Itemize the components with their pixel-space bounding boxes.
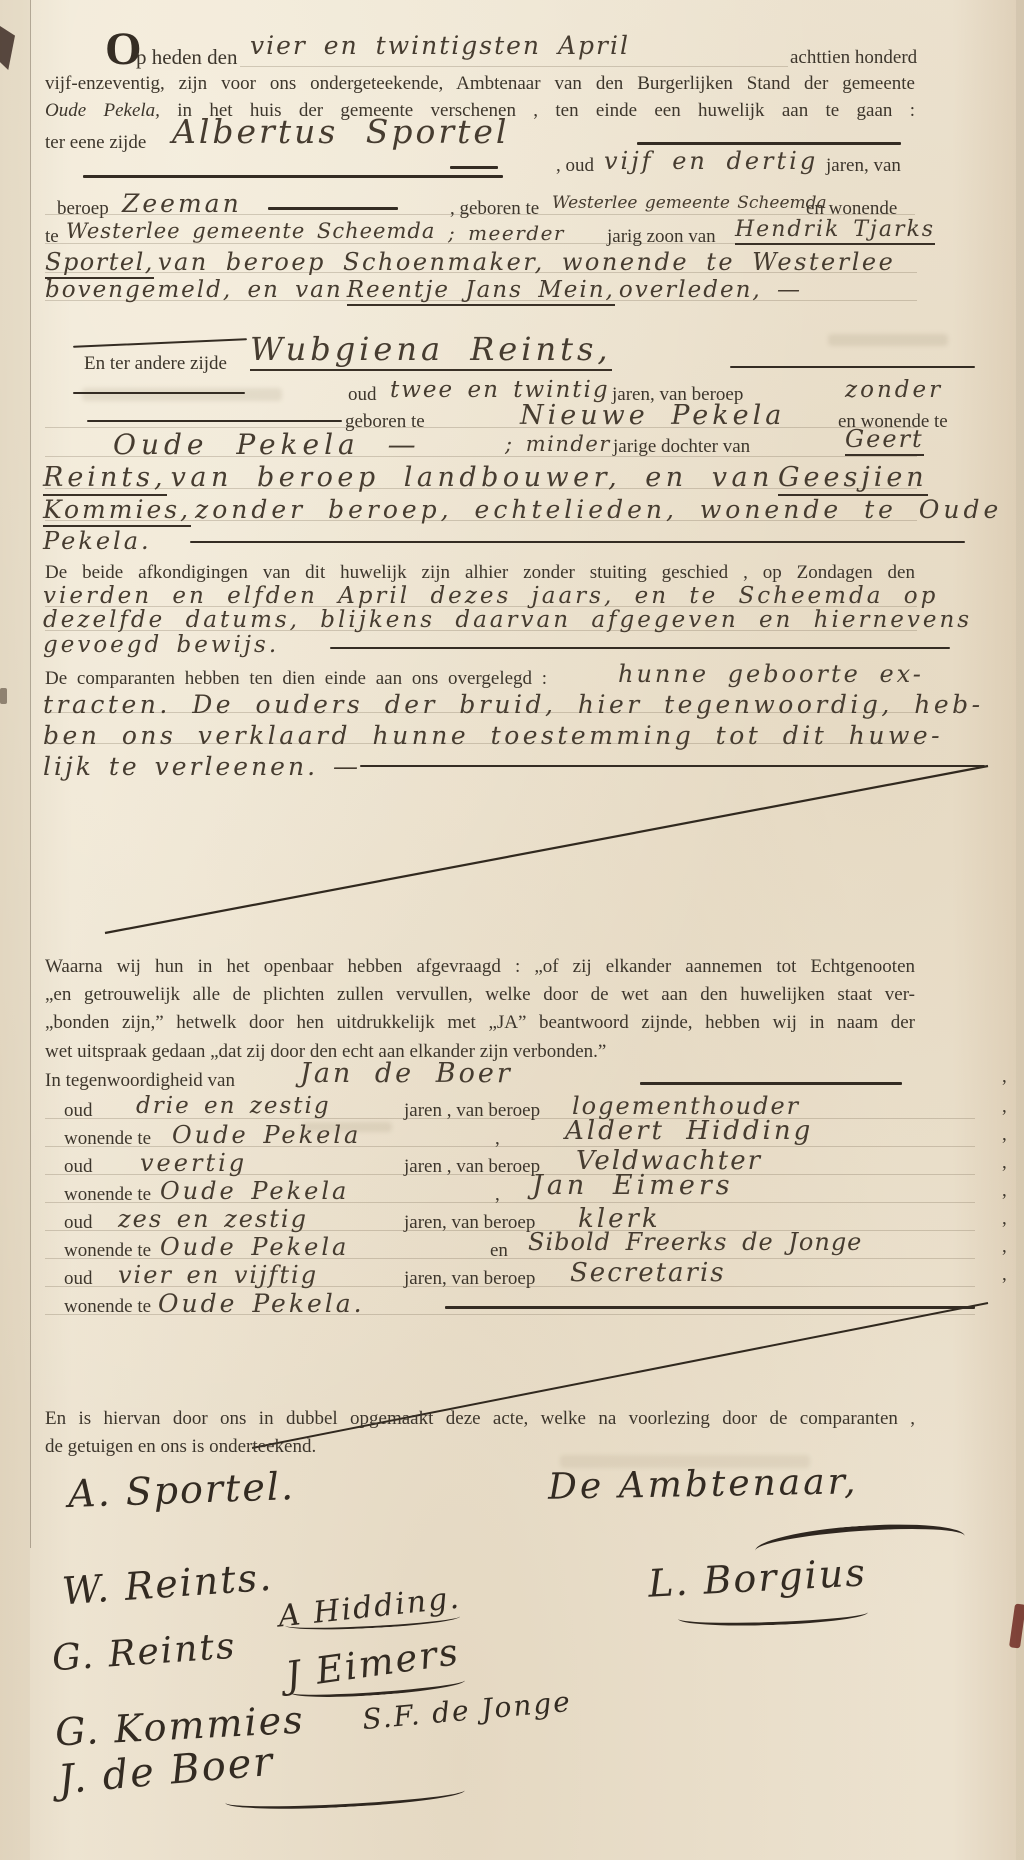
documents-hand-line4: lijk te verleenen. — bbox=[43, 752, 361, 781]
witness-row-label: wonende te bbox=[64, 1184, 151, 1206]
marriage-date-hand: vier en twintigsten April bbox=[250, 31, 630, 60]
groom-father-name-hand: Hendrik Tjarks bbox=[735, 217, 935, 245]
opening-year: achttien honderd bbox=[790, 47, 917, 69]
filler-rule bbox=[190, 541, 965, 543]
witness-line-comma: , bbox=[1002, 1096, 1007, 1118]
bride-birthplace-hand: Nieuwe Pekela bbox=[520, 400, 785, 431]
minder-hand: ; minder bbox=[505, 432, 611, 456]
bride-father-rest-hand: van beroep landbouwer, en van bbox=[171, 462, 774, 493]
witness-row-label: oud bbox=[64, 1100, 93, 1122]
groom-residence-hand: Westerlee gemeente Scheemda bbox=[66, 219, 435, 243]
witness-age-hand: veertig bbox=[140, 1149, 247, 1177]
documents-print-line: De comparanten hebben ten dien einde aan… bbox=[45, 668, 547, 690]
groom-mother-line: bovengemeld, en van Reentje Jans Mein, o… bbox=[45, 277, 802, 303]
documents-hand-line3: ben ons verklaard hunne toestemming tot … bbox=[43, 721, 943, 750]
jaren-van-label: jaren, van bbox=[826, 155, 901, 177]
witness-age-hand: zes en zestig bbox=[118, 1205, 308, 1233]
groom-father-surname-hand: Sportel, bbox=[45, 248, 154, 279]
witness-occupation-hand: Secretaris bbox=[570, 1258, 726, 1288]
banns-hand-line1: vierden en elfden April dezes jaars, en … bbox=[43, 583, 938, 609]
witness-row-label: wonende te bbox=[64, 1128, 151, 1150]
witness-row-label: oud bbox=[64, 1268, 93, 1290]
documents-hand-line2: tracten. De ouders der bruid, hier tegen… bbox=[43, 690, 984, 719]
bride-mother-surname-hand: Kommies, bbox=[43, 495, 191, 527]
filler-rule bbox=[330, 647, 950, 649]
witness-residence-hand: Oude Pekela bbox=[160, 1177, 349, 1205]
witness-line-comma: , bbox=[1002, 1236, 1007, 1258]
witness-line-comma: , bbox=[1002, 1264, 1007, 1286]
witness-row-label: , bbox=[495, 1128, 500, 1150]
bride-mother-rest-hand: zonder beroep, echtelieden, wonende te O… bbox=[195, 495, 1002, 524]
witness-row-label: jaren , van beroep bbox=[404, 1156, 540, 1178]
right-edge-strip bbox=[1016, 0, 1024, 1860]
bleedthrough-smudge bbox=[828, 334, 948, 346]
witness-residence-hand: Oude Pekela. bbox=[158, 1289, 365, 1318]
meerder-hand: ; meerder bbox=[448, 221, 565, 245]
witness-row-label: wonende te bbox=[64, 1240, 151, 1262]
groom-age-hand: vijf en dertig bbox=[604, 147, 818, 175]
signature-father-bride: G. Reints bbox=[51, 1626, 238, 1680]
groom-mother-pre-hand: bovengemeld, en van bbox=[45, 277, 343, 303]
bride-father-surname-hand: Reints, bbox=[43, 462, 167, 496]
filler-rule bbox=[87, 420, 342, 422]
filler-rule bbox=[445, 1306, 975, 1309]
bride-mother-line: Kommies, zonder beroep, echtelieden, won… bbox=[43, 495, 1002, 524]
vows-line1: Waarna wij hun in het openbaar hebben af… bbox=[45, 956, 915, 978]
witness-name-hand: Jan Eimers bbox=[532, 1170, 734, 1201]
witness-line-comma: , bbox=[1002, 1152, 1007, 1174]
margin-fold-line bbox=[30, 0, 31, 1548]
witness-age-hand: drie en zestig bbox=[136, 1093, 331, 1119]
filler-rule bbox=[640, 1082, 902, 1085]
filler-rule bbox=[360, 765, 985, 767]
filler-rule bbox=[73, 338, 247, 348]
bride-name-hand: Wubgiena Reints, bbox=[250, 330, 612, 371]
banns-print-line: De beide afkondigingen van dit huwelijk … bbox=[45, 562, 915, 584]
beroep-label-groom: beroep bbox=[57, 198, 109, 220]
witness-row-label: oud bbox=[64, 1156, 93, 1178]
witness-residence-hand: Oude Pekela bbox=[172, 1121, 361, 1149]
groom-occupation-hand: Zeeman bbox=[122, 189, 242, 218]
filler-rule bbox=[637, 142, 901, 145]
bride-mother-tail-hand: Pekela. bbox=[43, 527, 152, 555]
witness-row-label: , bbox=[495, 1184, 500, 1206]
signature-officer-name: L. Borgius bbox=[647, 1550, 868, 1605]
witness-name-hand: Sibold Freerks de Jonge bbox=[528, 1228, 862, 1256]
bride-father-first-hand: Geert bbox=[845, 425, 924, 456]
witness-residence-hand: Oude Pekela bbox=[160, 1233, 349, 1261]
en-ter-andere-zijde-label: En ter andere zijde bbox=[84, 353, 227, 375]
witness-row-label: wonende te bbox=[64, 1296, 151, 1318]
witness-row-label: jaren, van beroep bbox=[404, 1268, 535, 1290]
signature-bride: W. Reints. bbox=[61, 1555, 275, 1614]
left-paper-band bbox=[0, 0, 30, 1860]
witness1-name-hand: Jan de Boer bbox=[300, 1058, 513, 1089]
bride-residence-hand: Oude Pekela — bbox=[113, 428, 421, 461]
witness-line-comma: , bbox=[1002, 1066, 1007, 1088]
witness-row-label: jaren, van beroep bbox=[404, 1212, 535, 1234]
bride-father-line: Reints, van beroep landbouwer, en van Ge… bbox=[43, 462, 928, 493]
signature-officer-title: De Ambtenaar, bbox=[548, 1461, 859, 1507]
geboren-te-label-groom: , geboren te bbox=[450, 198, 539, 220]
closing-line2: de getuigen en ons is onderteekend. bbox=[45, 1436, 316, 1458]
opening-line2: vijf-enzeventig, zijn voor ons ondergete… bbox=[45, 73, 915, 95]
groom-birthplace-hand: Westerlee gemeente Scheemda bbox=[552, 193, 827, 213]
witness-age-hand: vier en vijftig bbox=[118, 1261, 318, 1289]
documents-hand-line1: hunne geboorte ex- bbox=[618, 660, 924, 688]
filler-rule bbox=[730, 366, 975, 368]
witness-name-hand: Aldert Hidding bbox=[565, 1116, 813, 1146]
bride-occupation-hand: zonder bbox=[845, 377, 943, 403]
banns-hand-line2: dezelfde datums, blijkens daarvan afgege… bbox=[43, 607, 972, 633]
filler-rule bbox=[83, 175, 503, 178]
closing-line1: En is hiervan door ons in dubbel opgemaa… bbox=[45, 1408, 915, 1430]
vows-line3: „bonden zijn,” hetwelk door hen uitdrukk… bbox=[45, 1012, 915, 1034]
officer-signature-flourish bbox=[678, 1603, 869, 1629]
banns-hand-line3: gevoegd bewijs. bbox=[43, 632, 279, 658]
oud-label-groom: , oud bbox=[556, 155, 594, 177]
groom-father-rest-hand: van beroep Schoenmaker, wonende te Weste… bbox=[158, 248, 895, 276]
te-label: te bbox=[45, 226, 59, 248]
jarige-dochter-van-label: jarige dochter van bbox=[613, 436, 750, 458]
witness-line-comma: , bbox=[1002, 1124, 1007, 1146]
oud-label-bride: oud bbox=[348, 384, 377, 406]
marriage-certificate-page: O p heden den vier en twintigsten April … bbox=[0, 0, 1024, 1860]
bleedthrough-smudge bbox=[82, 388, 282, 401]
witness-row-label: jaren , van beroep bbox=[404, 1100, 540, 1122]
ruled-line bbox=[240, 66, 788, 67]
signature-groom: A. Sportel. bbox=[67, 1464, 295, 1516]
filler-rule bbox=[450, 166, 498, 169]
left-edge-smudge bbox=[0, 688, 7, 704]
groom-mother-post-hand: overleden, — bbox=[619, 277, 802, 303]
filler-rule bbox=[268, 207, 398, 210]
gemeente-name: Oude Pekela, bbox=[45, 100, 160, 121]
witness-row-label: oud bbox=[64, 1212, 93, 1234]
groom-father-line: Sportel, van beroep Schoenmaker, wonende… bbox=[45, 248, 895, 276]
opening-print-1: p heden den bbox=[136, 45, 237, 70]
bride-mother-first-hand: Geesjien bbox=[778, 462, 928, 496]
groom-name-hand: Albertus Sportel bbox=[172, 112, 509, 151]
groom-mother-name-hand: Reentje Jans Mein, bbox=[347, 277, 615, 306]
filler-rule bbox=[73, 392, 245, 394]
witnesses-intro-label: In tegenwoordigheid van bbox=[45, 1070, 235, 1092]
ter-eene-zijde-label: ter eene zijde bbox=[45, 132, 146, 154]
witness-row-label: en bbox=[490, 1240, 508, 1262]
witness-line-comma: , bbox=[1002, 1208, 1007, 1230]
jarig-zoon-van-label: jarig zoon van bbox=[607, 226, 716, 248]
witness-line-comma: , bbox=[1002, 1180, 1007, 1202]
vows-line2: „en getrouwelijk alle de plichten zullen… bbox=[45, 984, 915, 1006]
